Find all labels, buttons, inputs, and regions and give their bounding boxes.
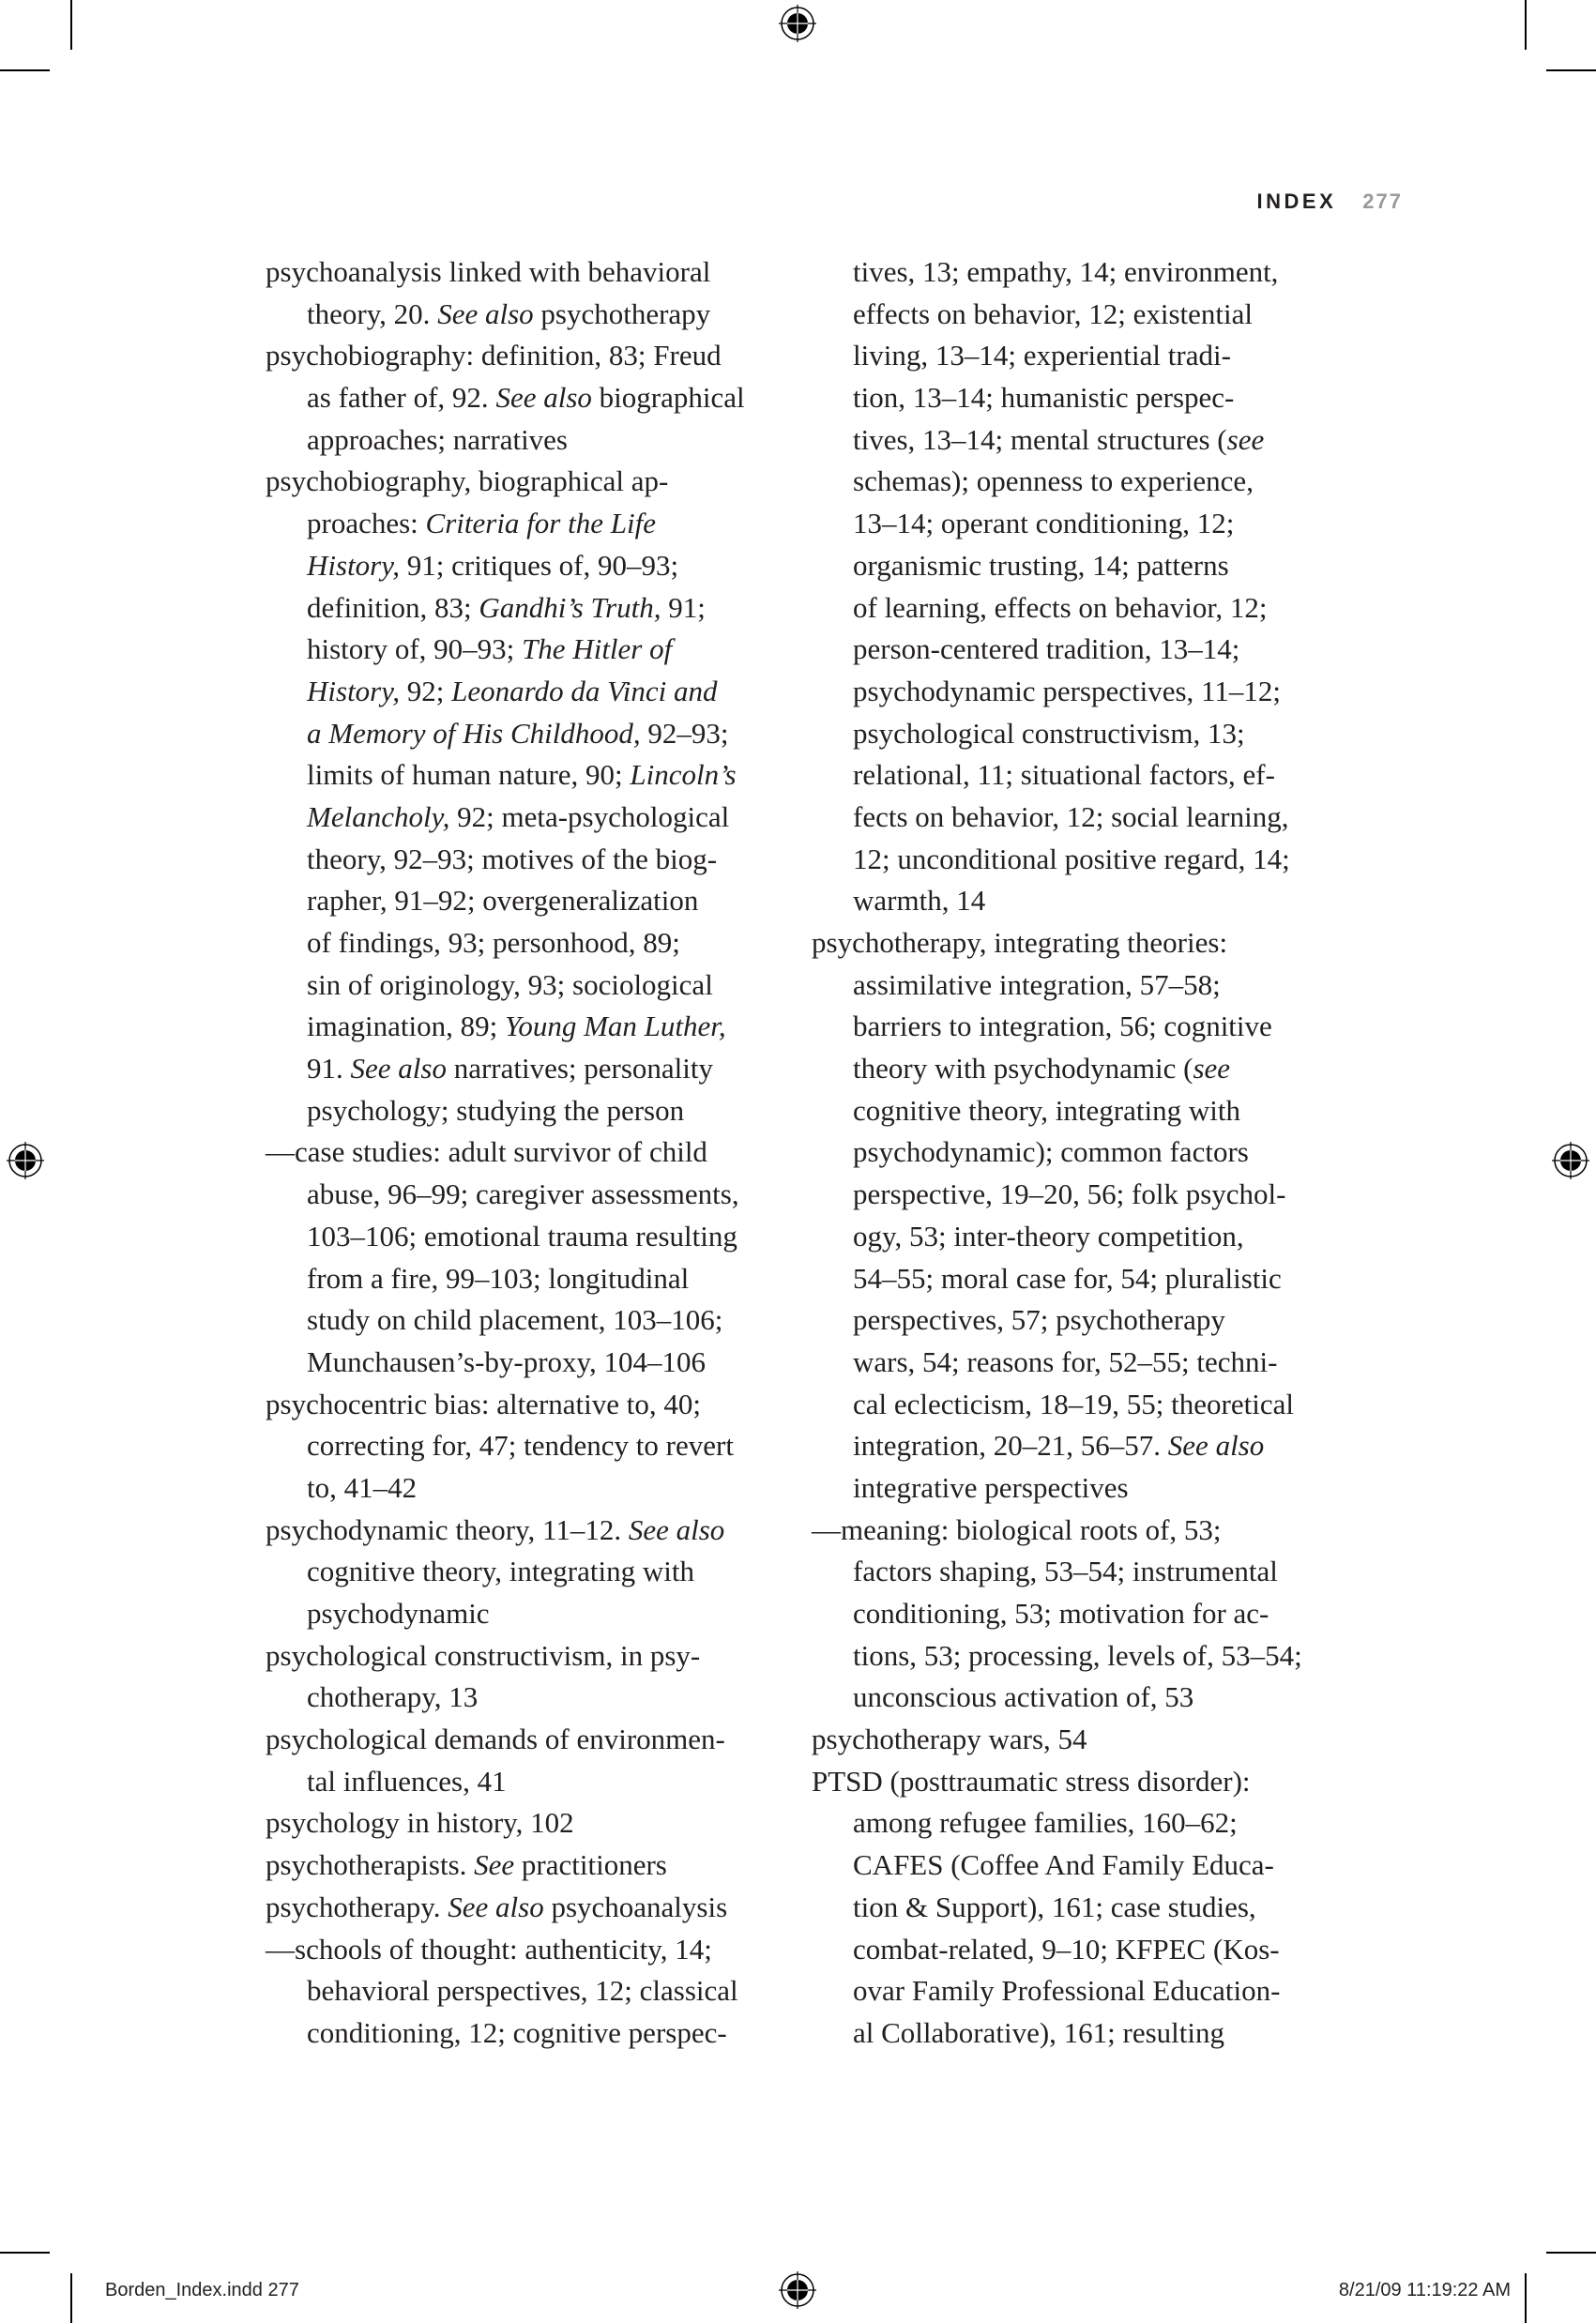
index-line-continuation: wars, 54; reasons for, 52–55; techni-	[812, 1342, 1356, 1384]
italic-text: a Memory of His Childhood,	[307, 717, 641, 750]
index-line-continuation: 13–14; operant conditioning, 12;	[812, 503, 1356, 545]
index-line-continuation: cognitive theory, integrating with	[812, 1090, 1356, 1132]
text: psychotherapy wars, 54	[812, 1723, 1087, 1755]
text: of learning, effects on behavior, 12;	[853, 591, 1268, 624]
text: integrative perspectives	[853, 1471, 1129, 1504]
index-line-continuation: sin of originology, 93; sociological	[266, 964, 810, 1007]
index-line-continuation: of findings, 93; personhood, 89;	[266, 922, 810, 964]
page-number: 277	[1362, 190, 1403, 214]
index-line-continuation: 54–55; moral case for, 54; pluralistic	[812, 1258, 1356, 1300]
index-line-continuation: imagination, 89; Young Man Luther,	[266, 1006, 810, 1048]
index-line-continuation: schemas); openness to experience,	[812, 461, 1356, 503]
crop-mark-top-left-vertical	[70, 0, 72, 50]
text: correcting for, 47; tendency to revert	[307, 1429, 734, 1462]
text: —case studies: adult survivor of child	[266, 1135, 707, 1168]
text: psychoanalysis	[544, 1890, 727, 1923]
running-head: INDEX 277	[1220, 186, 1403, 218]
index-line-continuation: organismic trusting, 14; patterns	[812, 545, 1356, 587]
italic-text: Gandhi’s Truth,	[479, 591, 661, 624]
text: psychology; studying the person	[307, 1094, 684, 1127]
italic-text: Melancholy,	[307, 800, 449, 833]
text: person-centered tradition, 13–14;	[853, 632, 1239, 665]
text: tions, 53; processing, levels of, 53–54;	[853, 1639, 1302, 1672]
index-line-continuation: to, 41–42	[266, 1467, 810, 1510]
text: —meaning: biological roots of, 53;	[812, 1513, 1222, 1546]
index-line-continuation: history of, 90–93; The Hitler of	[266, 629, 810, 671]
text: psychological constructivism, 13;	[853, 717, 1245, 750]
registration-mark-icon	[1552, 1142, 1589, 1179]
text: biographical	[592, 381, 745, 414]
text: psychodynamic	[307, 1597, 490, 1630]
italic-text: History,	[307, 549, 400, 582]
index-line-continuation: from a fire, 99–103; longitudinal	[266, 1258, 810, 1300]
index-line-continuation: chotherapy, 13	[266, 1677, 810, 1719]
running-head-title: INDEX	[1257, 190, 1337, 214]
index-line-continuation: tion & Support), 161; case studies,	[812, 1887, 1356, 1929]
italic-text: Lincoln’s	[630, 758, 736, 791]
index-line-continuation: correcting for, 47; tendency to revert	[266, 1425, 810, 1467]
text: organismic trusting, 14; patterns	[853, 549, 1229, 582]
index-line-continuation: abuse, 96–99; caregiver assessments,	[266, 1174, 810, 1216]
italic-text: see	[1193, 1052, 1230, 1085]
index-line-continuation: study on child placement, 103–106;	[266, 1299, 810, 1342]
index-entry-heading: psychotherapy. See also psychoanalysis	[266, 1887, 810, 1929]
text: abuse, 96–99; caregiver assessments,	[307, 1177, 739, 1210]
text: narratives; personality	[447, 1052, 713, 1085]
text: psychoanalysis linked with behavioral	[266, 255, 710, 288]
italic-text: see	[1227, 423, 1265, 456]
text: perspectives, 57; psychotherapy	[853, 1303, 1225, 1336]
text: 91.	[307, 1052, 351, 1085]
text: 12; unconditional positive regard, 14;	[853, 843, 1290, 875]
index-line-continuation: limits of human nature, 90; Lincoln’s	[266, 754, 810, 797]
index-line-continuation: theory with psychodynamic (see	[812, 1048, 1356, 1090]
crop-mark-bottom-left-horizontal	[0, 2252, 50, 2254]
italic-text: See also	[437, 297, 533, 330]
text: tion & Support), 161; case studies,	[853, 1890, 1256, 1923]
text: sin of originology, 93; sociological	[307, 968, 713, 1001]
index-line-continuation: ovar Family Professional Education-	[812, 1970, 1356, 2012]
text: tives, 13–14; mental structures (	[853, 423, 1227, 456]
text: integration, 20–21, 56–57.	[853, 1429, 1168, 1462]
text: definition, 83;	[307, 591, 479, 624]
index-line-continuation: History, 92; Leonardo da Vinci and	[266, 671, 810, 713]
registration-mark-icon	[779, 2271, 816, 2309]
index-line-continuation: proaches: Criteria for the Life	[266, 503, 810, 545]
index-entry-heading: psychocentric bias: alternative to, 40;	[266, 1384, 810, 1426]
index-line-continuation: barriers to integration, 56; cognitive	[812, 1006, 1356, 1048]
text: theory with psychodynamic (	[853, 1052, 1193, 1085]
index-entry-heading: psychobiography: definition, 83; Freud	[266, 335, 810, 377]
text: 13–14; operant conditioning, 12;	[853, 507, 1234, 539]
text: conditioning, 53; motivation for ac-	[853, 1597, 1269, 1630]
index-line-continuation: rapher, 91–92; overgeneralization	[266, 880, 810, 922]
text: psychotherapy, integrating theories:	[812, 926, 1227, 959]
index-line-continuation: 12; unconditional positive regard, 14;	[812, 839, 1356, 881]
italic-text: See	[474, 1848, 514, 1881]
text: psychodynamic); common factors	[853, 1135, 1249, 1168]
text: 92–93;	[641, 717, 729, 750]
crop-mark-bottom-right-horizontal	[1546, 2252, 1596, 2254]
index-entry-heading: psychotherapy wars, 54	[812, 1719, 1356, 1761]
index-line-continuation: conditioning, 53; motivation for ac-	[812, 1593, 1356, 1635]
index-entry-heading: psychoanalysis linked with behavioral	[266, 251, 810, 294]
text: tives, 13; empathy, 14; environment,	[853, 255, 1278, 288]
index-line-continuation: integrative perspectives	[812, 1467, 1356, 1510]
index-line-continuation: perspective, 19–20, 56; folk psychol-	[812, 1174, 1356, 1216]
registration-mark-icon	[779, 5, 816, 42]
index-entry-heading: psychotherapy, integrating theories:	[812, 922, 1356, 964]
index-line-continuation: tal influences, 41	[266, 1761, 810, 1803]
index-line-continuation: cal eclecticism, 18–19, 55; theoretical	[812, 1384, 1356, 1426]
text: psychotherapy.	[266, 1890, 448, 1923]
italic-text: History,	[307, 675, 400, 707]
text: cal eclecticism, 18–19, 55; theoretical	[853, 1388, 1294, 1420]
index-line-continuation: psychological constructivism, 13;	[812, 713, 1356, 755]
text: CAFES (Coffee And Family Educa-	[853, 1848, 1274, 1881]
index-line-continuation: relational, 11; situational factors, ef-	[812, 754, 1356, 797]
index-line-continuation: psychodynamic perspectives, 11–12;	[812, 671, 1356, 713]
text: psychology in history, 102	[266, 1806, 574, 1839]
index-line-continuation: theory, 20. See also psychotherapy	[266, 294, 810, 336]
index-entry-heading: —meaning: biological roots of, 53;	[812, 1510, 1356, 1552]
index-line-continuation: theory, 92–93; motives of the biog-	[266, 839, 810, 881]
slug-timestamp: 8/21/09 11:19:22 AM	[1317, 2280, 1511, 2301]
italic-text: See also	[495, 381, 591, 414]
text: to, 41–42	[307, 1471, 417, 1504]
index-line-continuation: definition, 83; Gandhi’s Truth, 91;	[266, 587, 810, 630]
index-line-continuation: a Memory of His Childhood, 92–93;	[266, 713, 810, 755]
slug-filename: Borden_Index.indd 277	[105, 2280, 299, 2301]
text: tion, 13–14; humanistic perspec-	[853, 381, 1234, 414]
index-line-continuation: behavioral perspectives, 12; classical	[266, 1970, 810, 2012]
index-entry-heading: PTSD (posttraumatic stress disorder):	[812, 1761, 1356, 1803]
text: 92; meta-psychological	[449, 800, 729, 833]
index-entry-heading: psychological demands of environmen-	[266, 1719, 810, 1761]
text: from a fire, 99–103; longitudinal	[307, 1262, 689, 1295]
index-line-continuation: combat-related, 9–10; KFPEC (Kos-	[812, 1929, 1356, 1971]
text: chotherapy, 13	[307, 1680, 478, 1713]
crop-mark-top-left-horizontal	[0, 69, 50, 71]
text: Munchausen’s-by-proxy, 104–106	[307, 1345, 706, 1378]
text: psychodynamic perspectives, 11–12;	[853, 675, 1281, 707]
index-line-continuation: as father of, 92. See also biographical	[266, 377, 810, 419]
text: psychodynamic theory, 11–12.	[266, 1513, 629, 1546]
index-line-continuation: psychology; studying the person	[266, 1090, 810, 1132]
text: imagination, 89;	[307, 1010, 505, 1042]
italic-text: Young Man Luther,	[505, 1010, 726, 1042]
text: psychobiography, biographical ap-	[266, 464, 668, 497]
text: psychotherapy	[534, 297, 711, 330]
index-line-continuation: fects on behavior, 12; social learning,	[812, 797, 1356, 839]
index-line-continuation: tion, 13–14; humanistic perspec-	[812, 377, 1356, 419]
text: theory, 92–93; motives of the biog-	[307, 843, 717, 875]
text: rapher, 91–92; overgeneralization	[307, 884, 698, 917]
index-line-continuation: perspectives, 57; psychotherapy	[812, 1299, 1356, 1342]
text: —schools of thought: authenticity, 14;	[266, 1933, 712, 1966]
text: assimilative integration, 57–58;	[853, 968, 1221, 1001]
index-line-continuation: ogy, 53; inter-theory competition,	[812, 1216, 1356, 1258]
text: tal influences, 41	[307, 1765, 507, 1798]
text: among refugee families, 160–62;	[853, 1806, 1238, 1839]
index-line-continuation: 103–106; emotional trauma resulting	[266, 1216, 810, 1258]
text: PTSD (posttraumatic stress disorder):	[812, 1765, 1251, 1798]
text: history of, 90–93;	[307, 632, 522, 665]
index-entry-heading: —case studies: adult survivor of child	[266, 1131, 810, 1174]
text: factors shaping, 53–54; instrumental	[853, 1555, 1278, 1587]
index-line-continuation: conditioning, 12; cognitive perspec-	[266, 2012, 810, 2055]
text: theory, 20.	[307, 297, 437, 330]
text: approaches; narratives	[307, 423, 568, 456]
index-line-continuation: effects on behavior, 12; existential	[812, 294, 1356, 336]
index-column-left: psychoanalysis linked with behavioralthe…	[266, 251, 810, 2055]
index-line-continuation: factors shaping, 53–54; instrumental	[812, 1551, 1356, 1593]
text: fects on behavior, 12; social learning,	[853, 800, 1288, 833]
text: relational, 11; situational factors, ef-	[853, 758, 1275, 791]
index-line-continuation: psychodynamic); common factors	[812, 1131, 1356, 1174]
text: psychological demands of environmen-	[266, 1723, 725, 1755]
italic-text: See also	[448, 1890, 543, 1923]
text: al Collaborative), 161; resulting	[853, 2016, 1224, 2049]
index-line-continuation: of learning, effects on behavior, 12;	[812, 587, 1356, 630]
text: cognitive theory, integrating with	[853, 1094, 1240, 1127]
index-line-continuation: Melancholy, 92; meta-psychological	[266, 797, 810, 839]
index-line-continuation: tives, 13; empathy, 14; environment,	[812, 251, 1356, 294]
index-line-continuation: integration, 20–21, 56–57. See also	[812, 1425, 1356, 1467]
index-entry-heading: —schools of thought: authenticity, 14;	[266, 1929, 810, 1971]
italic-text: Criteria for the Life	[426, 507, 656, 539]
index-line-continuation: 91. See also narratives; personality	[266, 1048, 810, 1090]
text: 103–106; emotional trauma resulting	[307, 1220, 737, 1253]
text: limits of human nature, 90;	[307, 758, 630, 791]
crop-mark-bottom-left-vertical	[70, 2273, 72, 2323]
index-line-continuation: among refugee families, 160–62;	[812, 1802, 1356, 1845]
text: conditioning, 12; cognitive perspec-	[307, 2016, 727, 2049]
text: as father of, 92.	[307, 381, 495, 414]
text: 54–55; moral case for, 54; pluralistic	[853, 1262, 1282, 1295]
index-line-continuation: approaches; narratives	[266, 419, 810, 462]
index-line-continuation: al Collaborative), 161; resulting	[812, 2012, 1356, 2055]
index-line-continuation: tives, 13–14; mental structures (see	[812, 419, 1356, 462]
text: combat-related, 9–10; KFPEC (Kos-	[853, 1933, 1280, 1966]
index-line-continuation: assimilative integration, 57–58;	[812, 964, 1356, 1007]
text: psychotherapists.	[266, 1848, 474, 1881]
text: living, 13–14; experiential tradi-	[853, 339, 1231, 372]
text: schemas); openness to experience,	[853, 464, 1254, 497]
registration-mark-icon	[7, 1142, 44, 1179]
index-column-right: tives, 13; empathy, 14; environment,effe…	[812, 251, 1356, 2055]
index-line-continuation: unconscious activation of, 53	[812, 1677, 1356, 1719]
text: practitioners	[514, 1848, 667, 1881]
index-line-continuation: History, 91; critiques of, 90–93;	[266, 545, 810, 587]
index-line-continuation: living, 13–14; experiential tradi-	[812, 335, 1356, 377]
text: unconscious activation of, 53	[853, 1680, 1193, 1713]
index-entry-heading: psychology in history, 102	[266, 1802, 810, 1845]
index-line-continuation: warmth, 14	[812, 880, 1356, 922]
crop-mark-top-right-horizontal	[1546, 69, 1596, 71]
text: psychobiography: definition, 83; Freud	[266, 339, 722, 372]
italic-text: See also	[1168, 1429, 1264, 1462]
crop-mark-top-right-vertical	[1525, 0, 1527, 50]
text: 91;	[661, 591, 706, 624]
index-line-continuation: cognitive theory, integrating with	[266, 1551, 810, 1593]
text: proaches:	[307, 507, 426, 539]
text: psychological constructivism, in psy-	[266, 1639, 700, 1672]
text: of findings, 93; personhood, 89;	[307, 926, 680, 959]
text: effects on behavior, 12; existential	[853, 297, 1253, 330]
text: barriers to integration, 56; cognitive	[853, 1010, 1272, 1042]
index-line-continuation: CAFES (Coffee And Family Educa-	[812, 1845, 1356, 1887]
index-line-continuation: Munchausen’s-by-proxy, 104–106	[266, 1342, 810, 1384]
text: perspective, 19–20, 56; folk psychol-	[853, 1177, 1285, 1210]
italic-text: See also	[629, 1513, 724, 1546]
text: 91; critiques of, 90–93;	[400, 549, 678, 582]
text: behavioral perspectives, 12; classical	[307, 1974, 738, 2007]
index-entry-heading: psychobiography, biographical ap-	[266, 461, 810, 503]
index-line-continuation: person-centered tradition, 13–14;	[812, 629, 1356, 671]
italic-text: Leonardo da Vinci and	[451, 675, 717, 707]
index-line-continuation: tions, 53; processing, levels of, 53–54;	[812, 1635, 1356, 1678]
crop-mark-bottom-right-vertical	[1525, 2273, 1527, 2323]
text: psychocentric bias: alternative to, 40;	[266, 1388, 701, 1420]
italic-text: The Hitler of	[522, 632, 672, 665]
text: study on child placement, 103–106;	[307, 1303, 722, 1336]
text: 92;	[400, 675, 451, 707]
index-entry-heading: psychotherapists. See practitioners	[266, 1845, 810, 1887]
index-entry-heading: psychological constructivism, in psy-	[266, 1635, 810, 1678]
text: warmth, 14	[853, 884, 985, 917]
index-line-continuation: psychodynamic	[266, 1593, 810, 1635]
index-page: INDEX 277 psychoanalysis linked with beh…	[0, 0, 1596, 2323]
index-entry-heading: psychodynamic theory, 11–12. See also	[266, 1510, 810, 1552]
text: ogy, 53; inter-theory competition,	[853, 1220, 1244, 1253]
text: ovar Family Professional Education-	[853, 1974, 1280, 2007]
italic-text: See also	[351, 1052, 447, 1085]
text: cognitive theory, integrating with	[307, 1555, 694, 1587]
text: wars, 54; reasons for, 52–55; techni-	[853, 1345, 1277, 1378]
